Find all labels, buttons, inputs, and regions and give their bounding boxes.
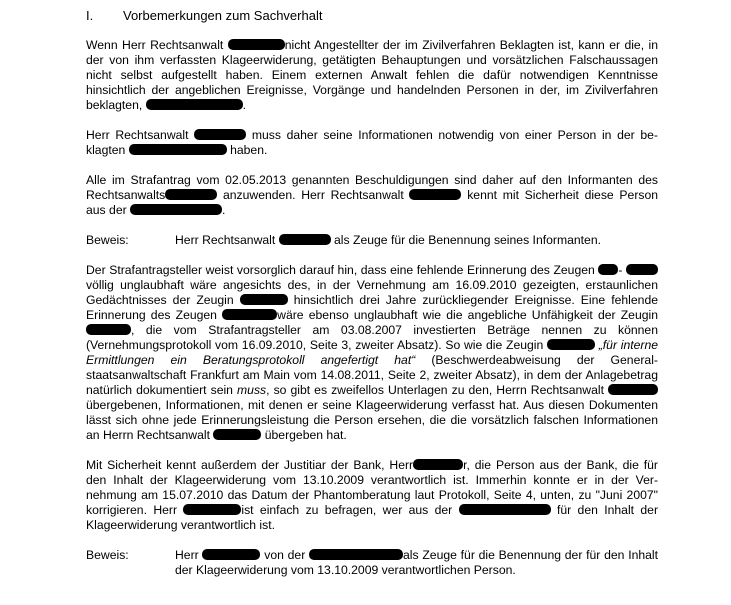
redaction bbox=[598, 264, 618, 275]
evidence-1: Beweis: Herr Rechtsanwalt als Zeuge für … bbox=[86, 233, 658, 248]
text: Herr Rechtsanwalt bbox=[175, 233, 275, 247]
redaction bbox=[202, 549, 260, 560]
evidence-label: Beweis: bbox=[86, 233, 175, 248]
emphasis: muss bbox=[237, 383, 266, 397]
text: Wenn Herr Rechtsanwalt bbox=[86, 38, 223, 52]
redaction bbox=[165, 189, 217, 200]
evidence-label: Beweis: bbox=[86, 548, 175, 578]
text: Herr Rechtsanwalt bbox=[86, 128, 189, 142]
redaction bbox=[183, 504, 241, 515]
redaction bbox=[222, 309, 277, 320]
text: übergeben hat. bbox=[265, 428, 347, 442]
text: . bbox=[222, 203, 225, 217]
redaction bbox=[409, 189, 461, 200]
redaction bbox=[626, 264, 658, 275]
text: , so gibt es zweifellos Unterlagen zu de… bbox=[266, 383, 604, 397]
redaction bbox=[130, 204, 222, 215]
redaction bbox=[279, 234, 331, 245]
evidence-2: Beweis: Herr von der als Zeuge für die B… bbox=[86, 548, 658, 578]
redaction bbox=[413, 459, 463, 470]
redaction bbox=[194, 129, 246, 140]
text: anzuwenden. Herr Rechtsanwalt bbox=[223, 188, 404, 202]
paragraph-2: Herr Rechtsanwalt muss daher seine Infor… bbox=[86, 128, 658, 158]
text: wäre ebenso unglaubhaft wie die angeblic… bbox=[277, 308, 658, 322]
text: als Zeuge für die Benennung seines Infor… bbox=[334, 233, 601, 247]
redaction bbox=[228, 39, 285, 50]
text: haben. bbox=[230, 143, 267, 157]
text: Herr bbox=[175, 548, 199, 562]
redaction bbox=[146, 99, 243, 110]
redaction bbox=[608, 384, 658, 395]
redaction bbox=[129, 144, 227, 155]
text: Mit Sicherheit kennt außerdem der Justit… bbox=[86, 458, 413, 472]
document-page: I. Vorbemerkungen zum Sachverhalt Wenn H… bbox=[86, 7, 658, 593]
text: Der Strafantragsteller weist vorsorglich… bbox=[86, 263, 595, 277]
paragraph-5: Mit Sicherheit kennt außerdem der Justit… bbox=[86, 458, 658, 533]
section-title: Vorbemerkungen zum Sachverhalt bbox=[123, 7, 322, 24]
paragraph-3: Alle im Strafantrag vom 02.05.2013 genan… bbox=[86, 173, 658, 218]
text: von der bbox=[264, 548, 305, 562]
paragraph-4: Der Strafantragsteller weist vorsorglich… bbox=[86, 263, 658, 443]
redaction bbox=[309, 549, 403, 560]
text: übergebenen, Informationen, mit denen er… bbox=[86, 398, 658, 442]
redaction bbox=[86, 324, 131, 335]
section-heading: I. Vorbemerkungen zum Sachverhalt bbox=[86, 7, 658, 24]
redaction bbox=[459, 504, 551, 515]
text: ist einfach zu befragen, wer aus der bbox=[241, 503, 452, 517]
section-number: I. bbox=[86, 7, 123, 24]
redaction bbox=[240, 294, 288, 305]
redaction bbox=[547, 339, 595, 350]
paragraph-1: Wenn Herr Rechtsanwalt nicht Angestellte… bbox=[86, 38, 658, 113]
redaction bbox=[213, 429, 261, 440]
text: . bbox=[243, 98, 246, 112]
